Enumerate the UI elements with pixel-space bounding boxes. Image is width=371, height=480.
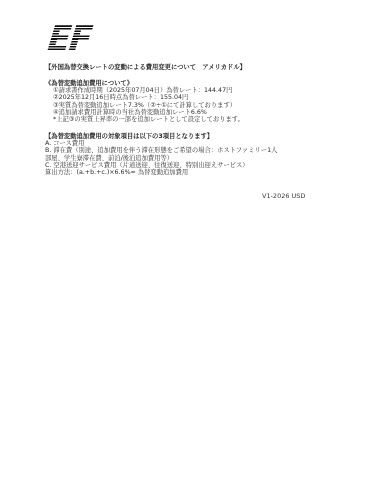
target-items-section: 【為替変動追加費用の対象項目は以下の3項目となります】 A. コース費用 B. …	[45, 133, 277, 176]
document-title: 【外国為替交換レートの変動による費用変更について アメリカドル】	[45, 64, 246, 71]
target-item-c: C. 空港送迎サービス費用（片道送迎、往復送迎、特別出迎えサービス）	[45, 162, 277, 169]
exchange-rate-section: 《為替変動追加費用について》 ①請求書作成時期（2025年07月04日）為替レー…	[45, 80, 244, 123]
version-label: V1-2026 USD	[262, 193, 305, 200]
ef-logo: EF	[48, 20, 104, 58]
rate-item-3: ③実質為替変動追加レート7.3%（②÷①にて計算しております）	[45, 102, 244, 109]
document-page: EF 【外国為替交換レートの変動による費用変更について アメリカドル】 《為替変…	[0, 0, 371, 480]
rate-item-4: ④追加請求費用計算時の当社為替変動追加レート6.6%	[45, 109, 244, 116]
rate-item-2: ②2025年12月16日時点為替レート：155.04円	[45, 94, 244, 101]
target-item-b-continued: 部屋、学生寮滞在費、前泊/後泊追加費用等）	[45, 155, 277, 162]
calculation-method: 算出方法：(a.+b.+c.)×6.6%= 為替変動追加費用	[45, 169, 277, 176]
ef-logo-text: EF	[46, 20, 92, 58]
target-item-b: B. 滞在費（別途、追加費用を伴う滞在形態をご希望の場合：ホストファミリー1人	[45, 147, 277, 154]
rate-footnote: *上記③の実質上昇率の一部を追加レートとして設定しております。	[45, 116, 244, 123]
